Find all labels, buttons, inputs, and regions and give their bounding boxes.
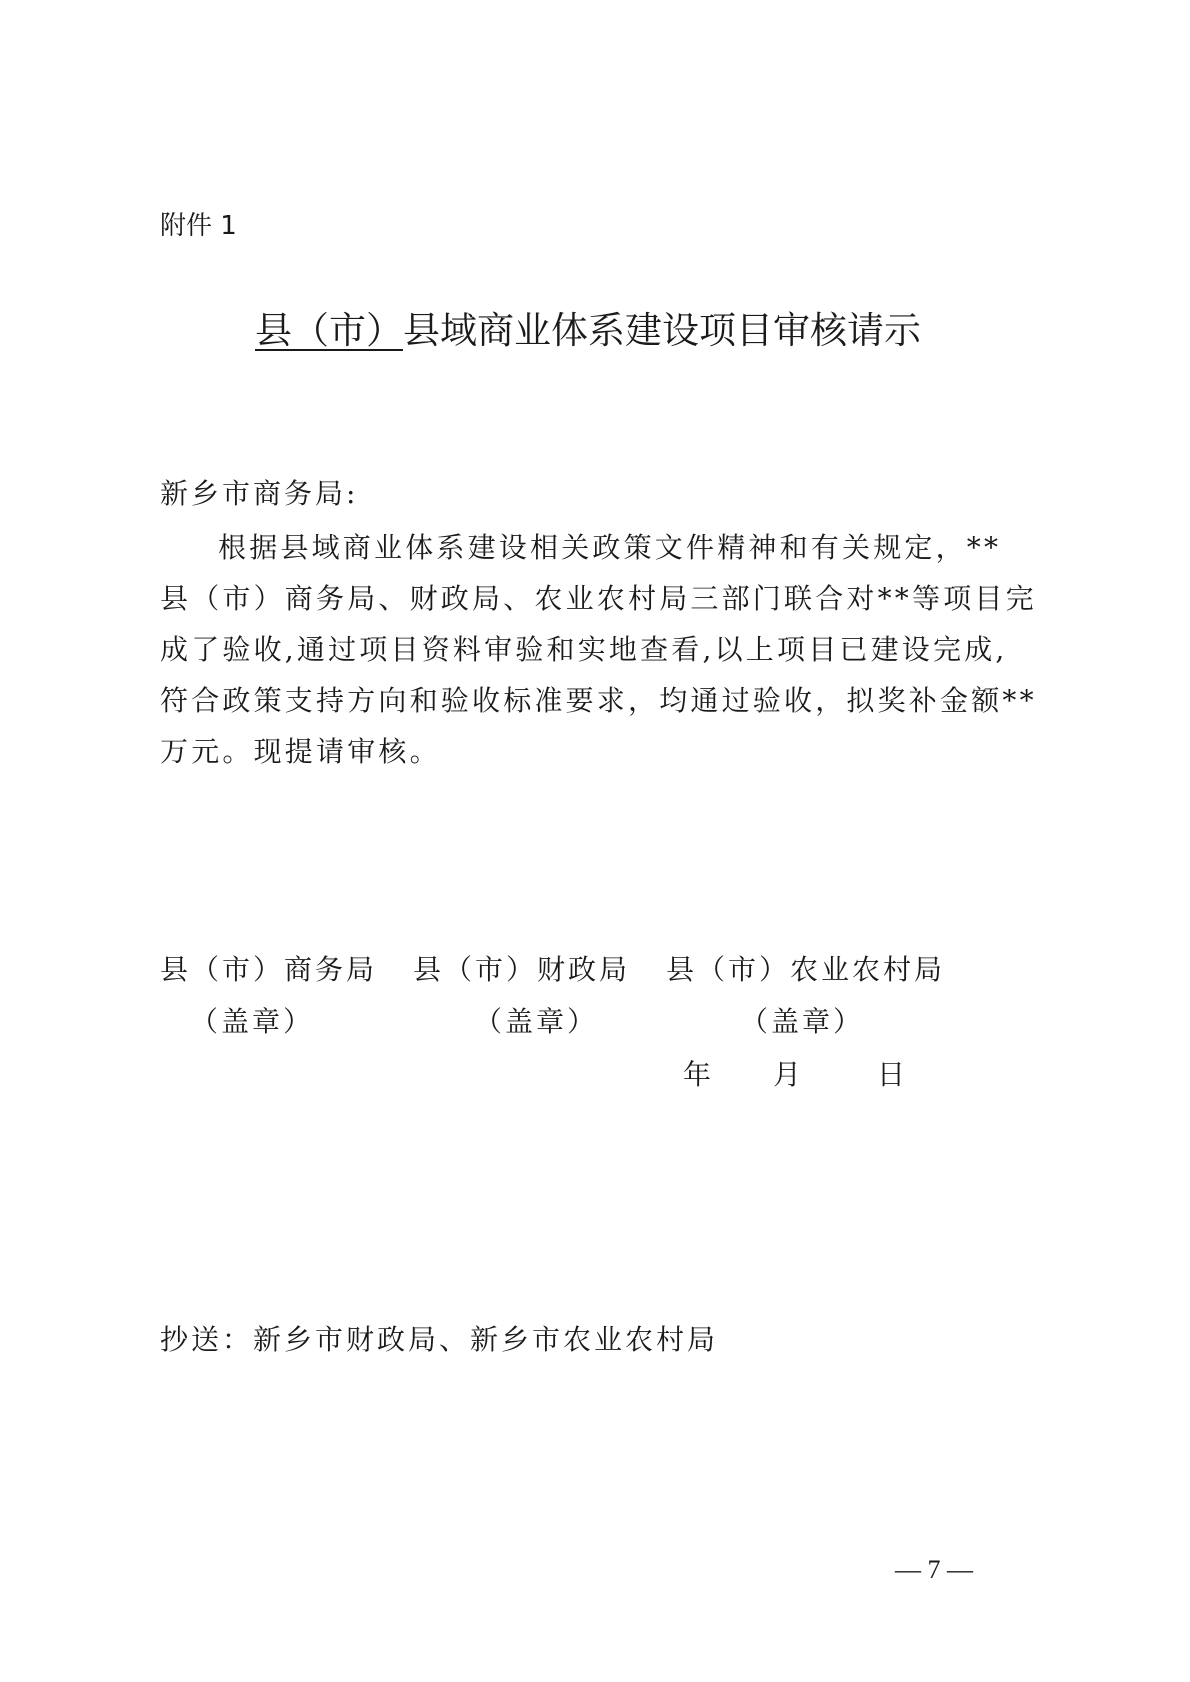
date-month: 月 — [773, 1053, 801, 1093]
seal-commerce-bureau: （盖章） — [190, 1000, 314, 1040]
page-number: — 7 — — [895, 1555, 973, 1585]
body-line: 符合政策支持方向和验收标准要求，均通过验收，拟奖补金额** — [160, 675, 990, 726]
document-title: 县（市）县域商业体系建设项目审核请示 — [235, 300, 921, 354]
signature-commerce-bureau: 县（市）商务局 — [160, 948, 377, 988]
cc-line: 抄送：新乡市财政局、新乡市农业农村局 — [160, 1318, 718, 1358]
body-paragraph: 根据县域商业体系建设相关政策文件精神和有关规定，** 县（市）商务局、财政局、农… — [160, 522, 990, 777]
signature-agriculture-bureau: 县（市）农业农村局 — [666, 948, 945, 988]
date-year: 年 — [683, 1053, 711, 1093]
addressee: 新乡市商务局: — [160, 472, 358, 512]
title-blank-field: 县（市） — [235, 309, 403, 352]
title-text: 县域商业体系建设项目审核请示 — [403, 309, 921, 352]
seal-finance-bureau: （盖章） — [474, 1000, 598, 1040]
body-line: 成了验收,通过项目资料审验和实地查看,以上项目已建设完成, — [160, 624, 990, 675]
date-day: 日 — [877, 1053, 905, 1093]
signature-finance-bureau: 县（市）财政局 — [413, 948, 630, 988]
body-line: 根据县域商业体系建设相关政策文件精神和有关规定，** — [160, 522, 990, 573]
seal-agriculture-bureau: （盖章） — [740, 1000, 864, 1040]
attachment-label: 附件 1 — [160, 205, 237, 242]
body-line: 县（市）商务局、财政局、农业农村局三部门联合对**等项目完 — [160, 573, 990, 624]
body-line: 万元。现提请审核。 — [160, 726, 990, 777]
